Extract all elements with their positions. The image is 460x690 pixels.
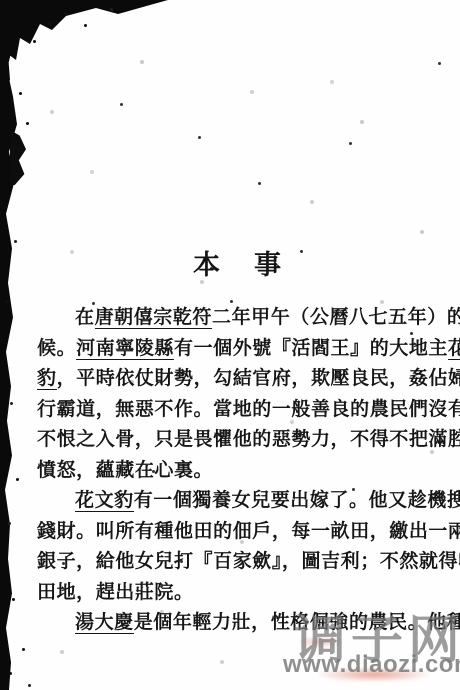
scan-corner-blob: [0, 0, 175, 95]
text-line: 候。河南寧陵縣有一個外號『活閻王』的大地主花文: [37, 334, 460, 365]
proper-noun-underlined: 湯大慶: [75, 612, 134, 634]
watermark-site-url: www.diaozi.com: [283, 651, 460, 679]
proper-noun-underlined: 花文: [448, 338, 460, 360]
text-run: 錢財。叫所有種他田的佃戶，每一畝田，繳出一兩隨喜: [37, 521, 460, 542]
text-line: 錢財。叫所有種他田的佃戶，每一畝田，繳出一兩隨喜: [37, 517, 460, 548]
text-run: 不恨之入骨，只是畏懼他的惡勢力，不得不把滿腔的: [37, 429, 460, 450]
text-run: 銀子，給他女兒打『百家歛』，圖吉利；不然就得收回: [37, 551, 460, 572]
text-run: 在: [75, 307, 95, 328]
proper-noun-underlined: 唐朝僖宗乾符: [95, 307, 212, 329]
text-run: 有一個外號『活閻王』的大地主: [174, 338, 448, 359]
proper-noun-underlined: 豹: [37, 368, 57, 390]
scanned-book-page: 本事 在唐朝僖宗乾符二年甲午（公曆八七五年）的時候。河南寧陵縣有一個外號『活閻王…: [0, 0, 460, 690]
text-line: 行霸道，無惡不作。當地的一般善良的農民們沒有一個: [37, 395, 460, 426]
text-line: 在唐朝僖宗乾符二年甲午（公曆八七五年）的時: [37, 303, 460, 334]
text-block: 在唐朝僖宗乾符二年甲午（公曆八七五年）的時候。河南寧陵縣有一個外號『活閻王』的大…: [37, 303, 460, 639]
scan-edge-blotch: [10, 130, 26, 185]
text-run: 憤怒，蘊藏在心裏。: [37, 460, 213, 481]
text-run: 有一個獨養女兒要出嫁了。他又趁機搜括: [134, 490, 460, 511]
text-line: 不恨之入骨，只是畏懼他的惡勢力，不得不把滿腔的: [37, 425, 460, 456]
proper-noun-underlined: 河南寧陵縣: [76, 338, 174, 360]
text-run: 行霸道，無惡不作。當地的一般善良的農民們沒有一個: [37, 399, 460, 420]
proper-noun-underlined: 花文豹: [75, 490, 134, 512]
scan-speckles-light: [0, 0, 4, 4]
text-run: 候。: [37, 338, 76, 359]
text-line: 憤怒，蘊藏在心裏。: [37, 456, 460, 487]
scan-edge-left: [0, 0, 18, 690]
text-run: ，平時依仗財勢，勾結官府，欺壓良民，姦佔婦女，橫: [57, 368, 460, 389]
text-line: 銀子，給他女兒打『百家歛』，圖吉利；不然就得收回: [37, 547, 460, 578]
text-run: 田地，趕出莊院。: [37, 582, 194, 603]
text-run: 二年甲午（公曆八七五年）的時: [212, 307, 460, 328]
text-line: 花文豹有一個獨養女兒要出嫁了。他又趁機搜括: [37, 486, 460, 517]
text-line: 豹，平時依仗財勢，勾結官府，欺壓良民，姦佔婦女，橫: [37, 364, 460, 395]
chapter-title: 本事: [193, 243, 315, 282]
